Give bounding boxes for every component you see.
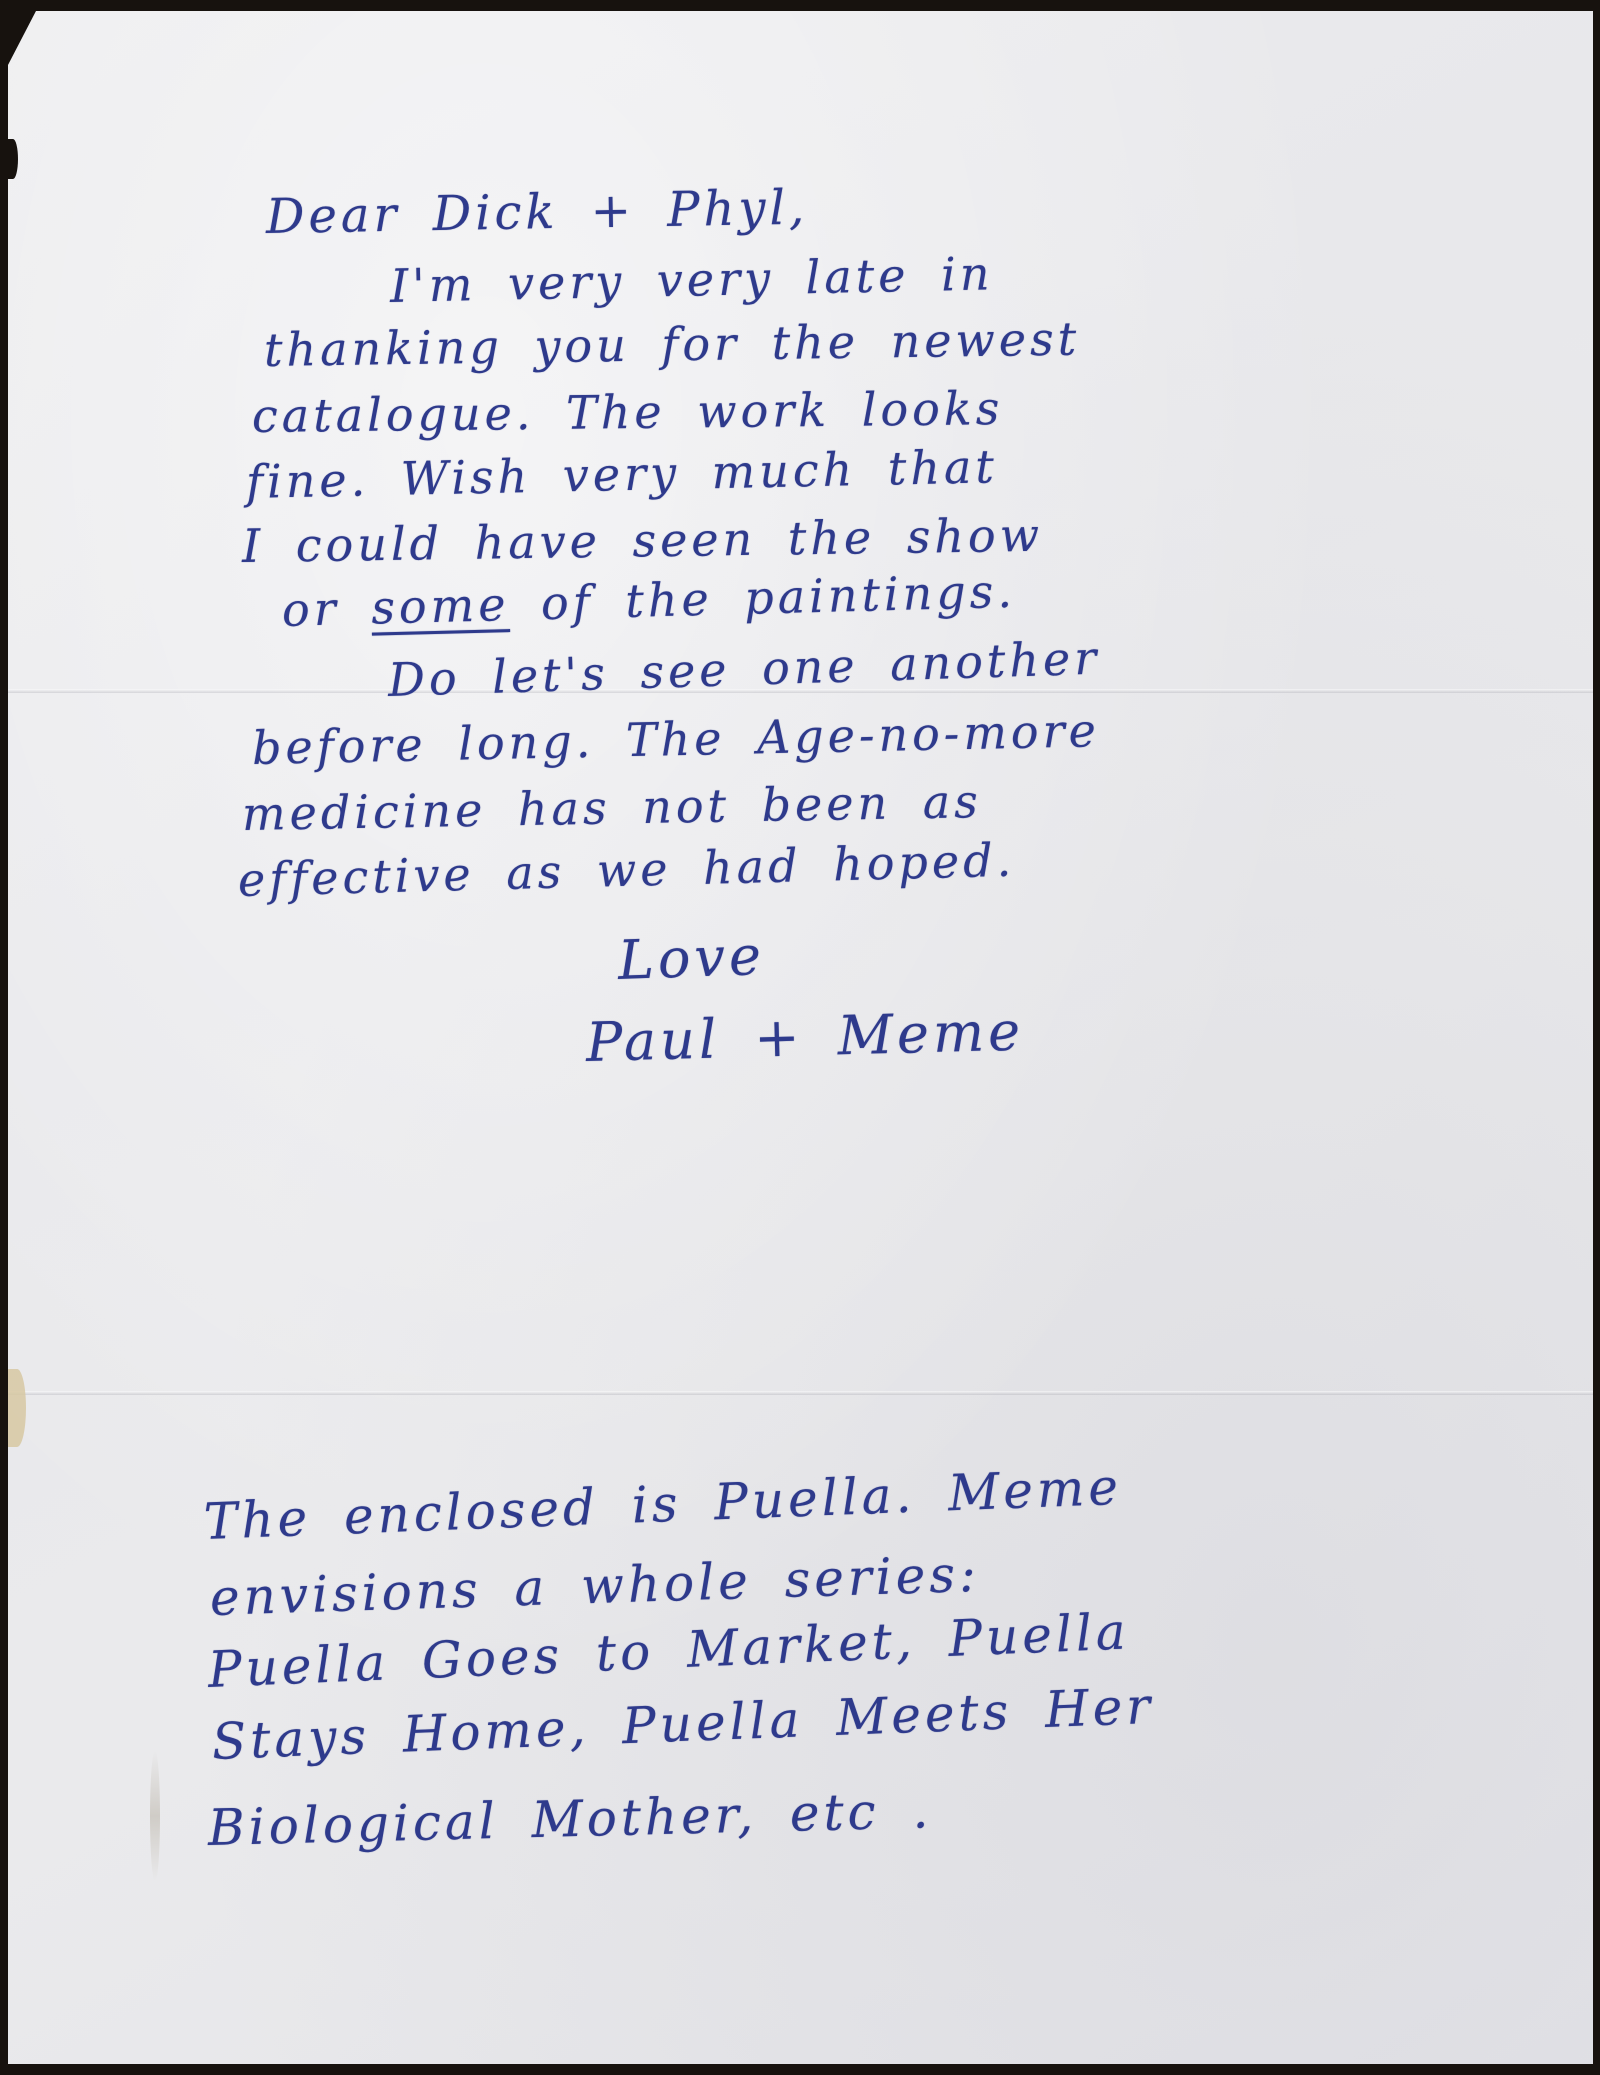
underlined-word: some [371,577,511,635]
body-line: effective as we had hoped. [237,833,1015,907]
postscript-line: The enclosed is Puella. Meme [203,1458,1123,1551]
body-line: fine. Wish very much that [245,439,998,509]
body-line: I could have seen the show [242,508,1044,573]
postscript-line: Biological Mother, etc . [207,1781,933,1857]
underline-line-post: of the paintings. [509,564,1017,631]
underline-line-pre: or [281,581,372,637]
body-line: medicine has not been as [242,774,983,841]
body-line: before long. The Age-no-more [251,703,1100,775]
body-line: I'm very very late in [389,246,993,313]
letter-paper: Dear Dick + Phyl, I'm very very late in … [8,11,1593,2064]
paper-stain [8,1369,26,1447]
body-line-with-underline: or some of the paintings. [281,564,1016,637]
body-line: catalogue. The work looks [252,381,1004,443]
scan-background: Dear Dick + Phyl, I'm very very late in … [0,0,1600,2075]
signature: Paul + Meme [585,1000,1025,1074]
body-line: Do let's see one another [387,631,1101,707]
paper-edge-notch [8,139,18,179]
salutation: Dear Dick + Phyl, [266,180,809,245]
fold-crease-lower [8,1391,1593,1395]
paper-smudge [150,1751,160,1881]
closing: Love [617,924,766,992]
body-line: thanking you for the newest [264,312,1081,377]
